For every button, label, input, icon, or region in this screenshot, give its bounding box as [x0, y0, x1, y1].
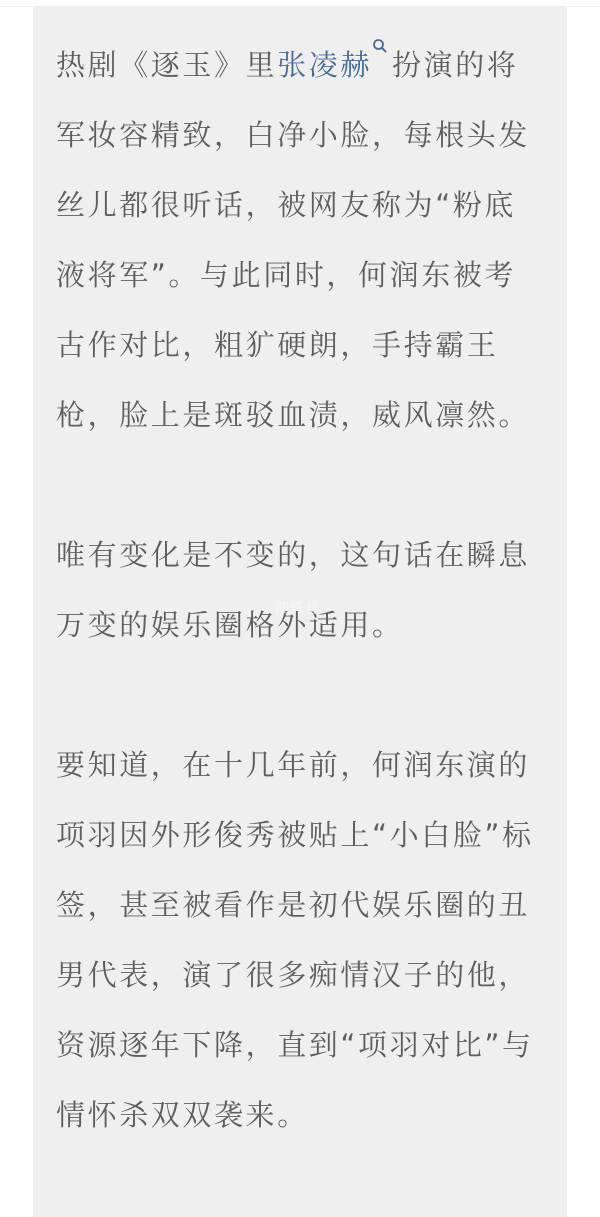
text-line: 古作对比，粗犷硬朗，手持霸王 [56, 310, 548, 380]
article-body: 热剧《逐玉》里张凌赫扮演的将 军妆容精致，白净小脸，每根头发 丝儿都很听话，被网… [56, 30, 548, 1150]
watermark: 搜狐号 [275, 598, 320, 618]
text-line: 男代表，演了很多痴情汉子的他， [56, 940, 548, 1010]
paragraph-1: 热剧《逐玉》里张凌赫扮演的将 军妆容精致，白净小脸，每根头发 丝儿都很听话，被网… [56, 30, 548, 450]
text-segment: 扮演的将 [392, 48, 518, 82]
text-line: 液将军”。与此同时，何润东被考 [56, 240, 548, 310]
text-line: 枪，脸上是斑驳血渍，威风凛然。 [56, 380, 548, 450]
paragraph-2: 唯有变化是不变的，这句话在瞬息 万变的娱乐圈格外适用。 [56, 520, 548, 660]
text-line: 资源逐年下降，直到“项羽对比”与 [56, 1010, 548, 1080]
text-line: 签，甚至被看作是初代娱乐圈的丑 [56, 870, 548, 940]
paragraph-3: 要知道，在十几年前，何润东演的 项羽因外形俊秀被贴上“小白脸”标 签，甚至被看作… [56, 730, 548, 1150]
text-line: 情怀杀双双袭来。 [56, 1080, 548, 1150]
text-line: 要知道，在十几年前，何润东演的 [56, 730, 548, 800]
text-line: 唯有变化是不变的，这句话在瞬息 [56, 520, 548, 590]
search-icon[interactable] [372, 38, 388, 58]
text-segment: 热剧《逐玉》里 [56, 48, 277, 82]
text-line: 军妆容精致，白净小脸，每根头发 [56, 100, 548, 170]
text-line: 项羽因外形俊秀被贴上“小白脸”标 [56, 800, 548, 870]
actor-name-link[interactable]: 张凌赫 [277, 48, 372, 82]
text-line: 丝儿都很听话，被网友称为“粉底 [56, 170, 548, 240]
text-line: 热剧《逐玉》里张凌赫扮演的将 [56, 30, 548, 100]
